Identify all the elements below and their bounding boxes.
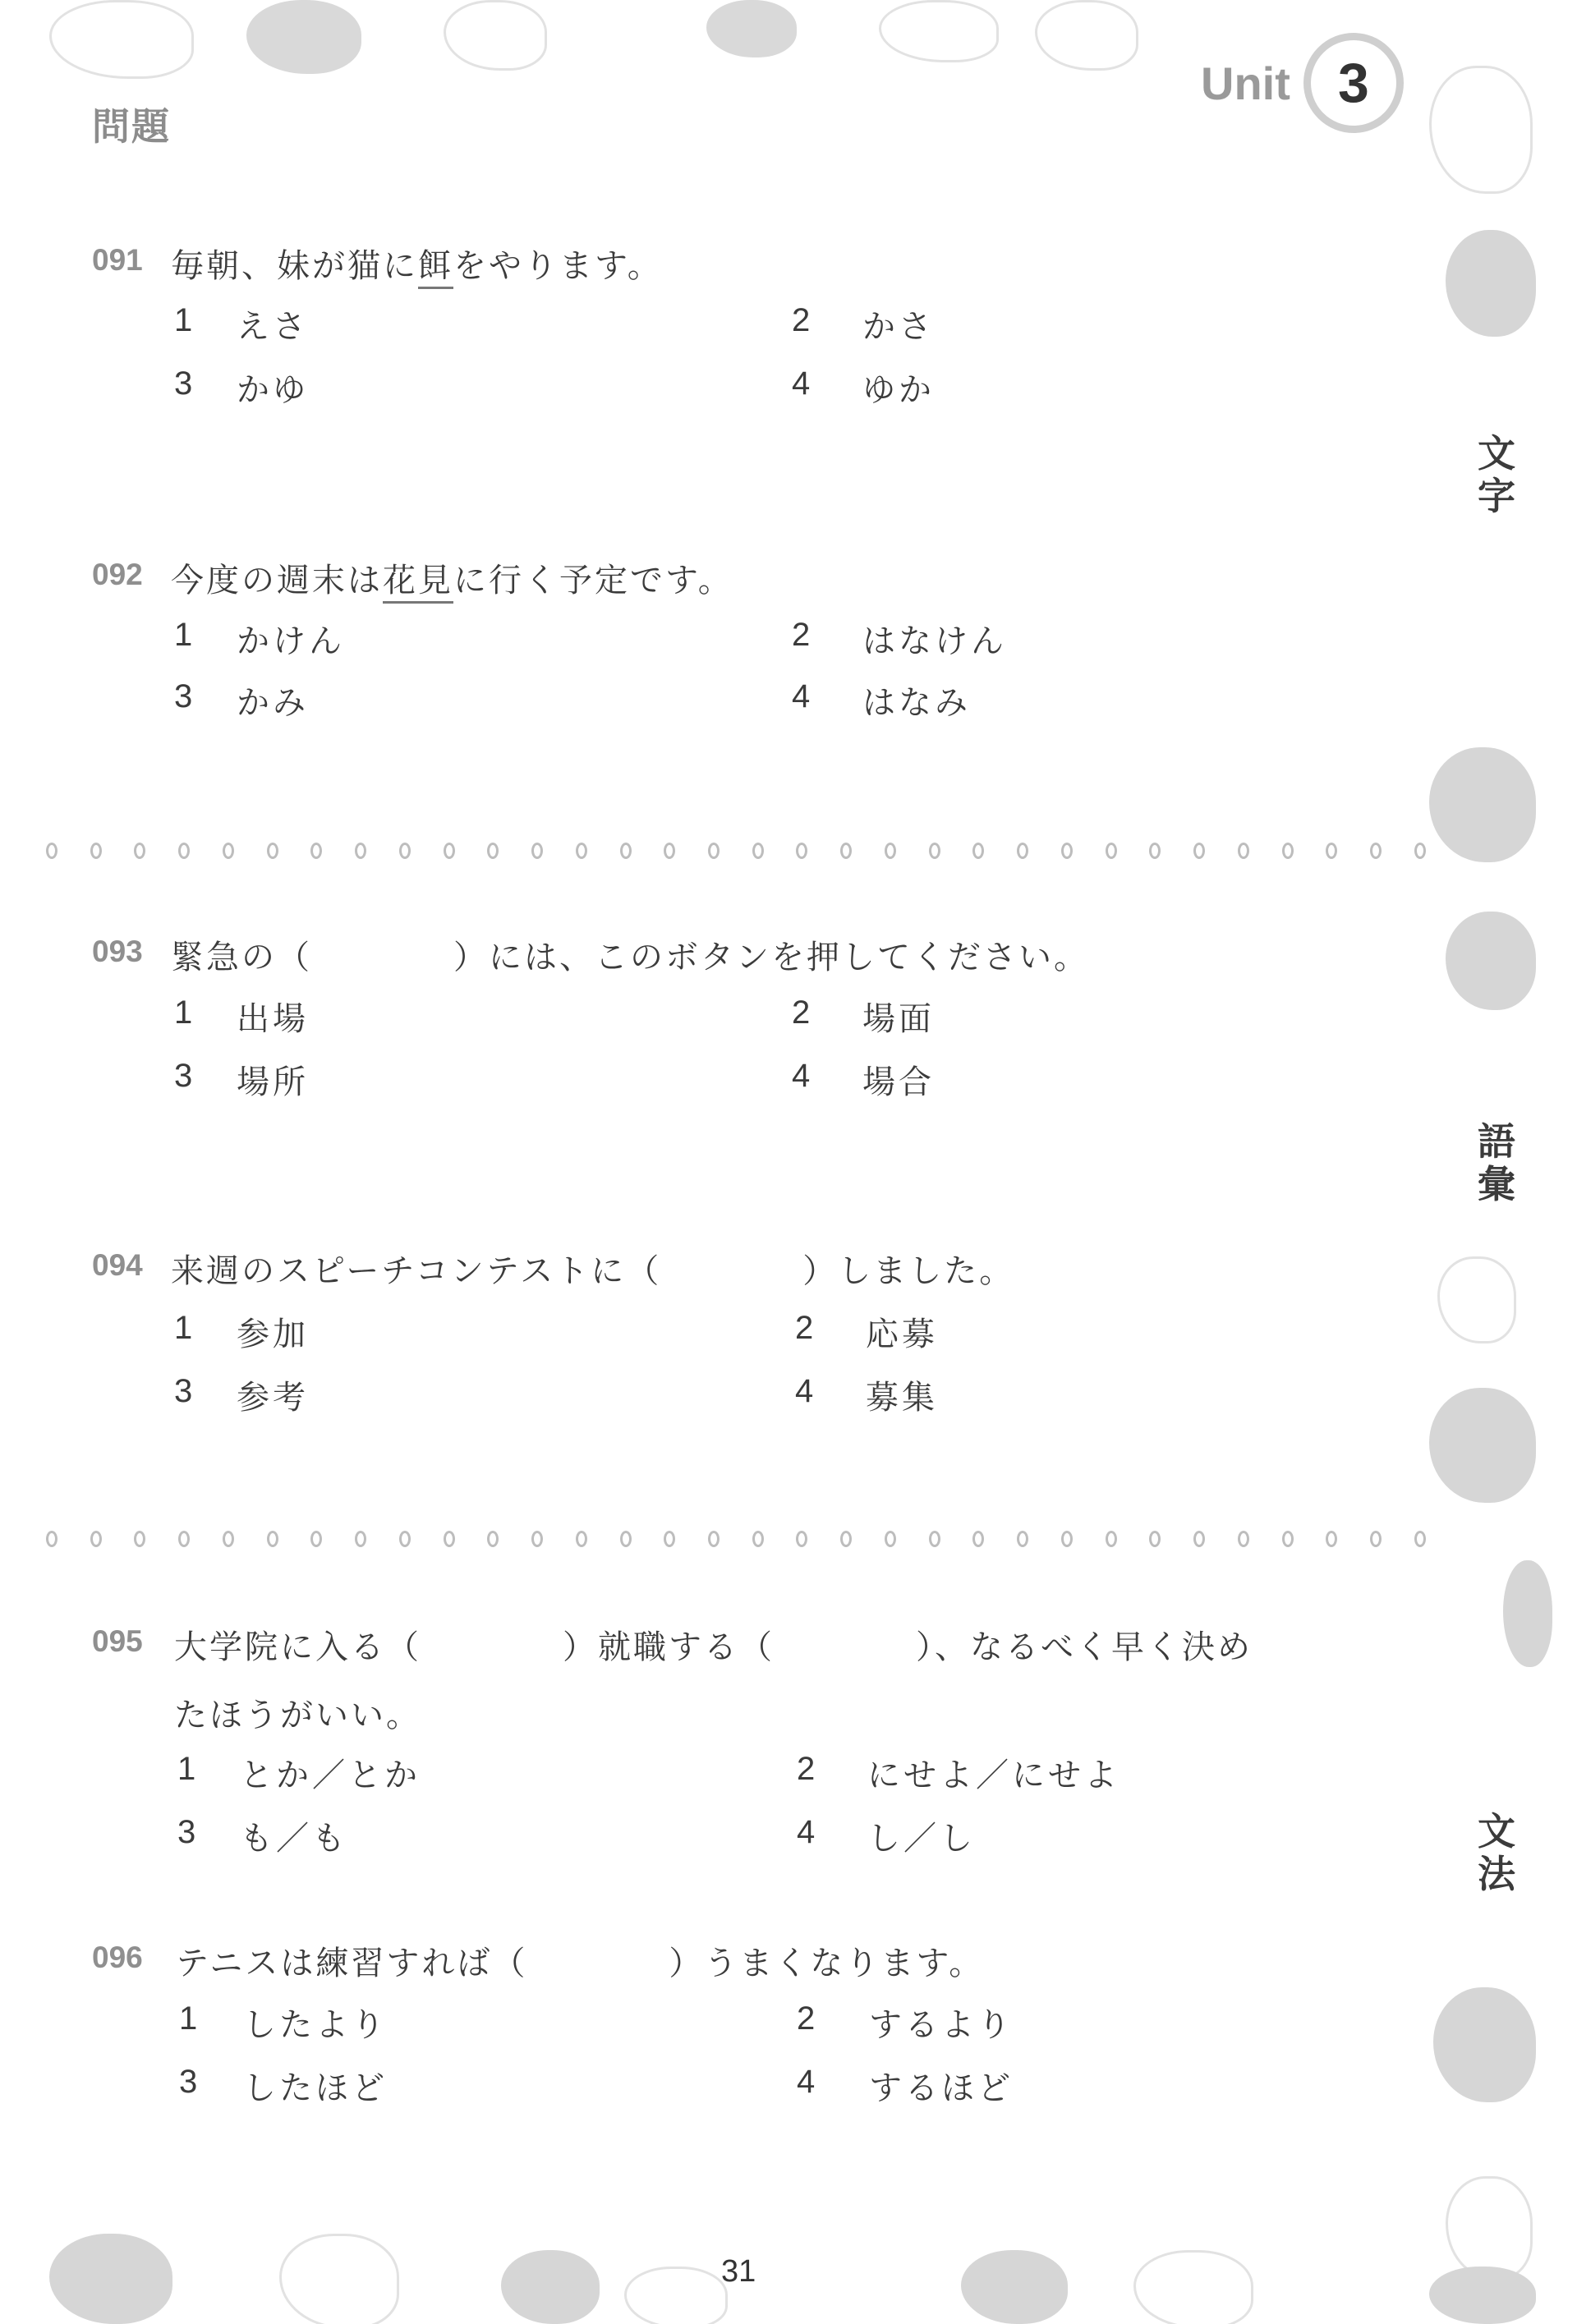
option-number: 3 <box>177 1814 195 1851</box>
dotted-separator <box>46 1529 1426 1549</box>
option-number: 1 <box>179 2000 197 2037</box>
option-text[interactable]: かみ <box>237 677 309 723</box>
option-text[interactable]: とか／とか <box>240 1749 421 1796</box>
question-text: 緊急の（ ）には、このボタンを押してください。 <box>171 931 1089 978</box>
option-text[interactable]: にせよ／にせよ <box>867 1749 1120 1796</box>
question-text-part: に行く予定です。 <box>453 562 733 599</box>
question-text: 今度の週末は花見に行く予定です。 <box>171 554 733 601</box>
option-number: 1 <box>174 994 192 1031</box>
unit-indicator: Unit 3 <box>1201 33 1404 133</box>
option-text[interactable]: 応募 <box>866 1308 938 1355</box>
option-text[interactable]: かゆ <box>237 364 309 411</box>
side-tab-label: 法 <box>1476 1853 1517 1895</box>
underlined-word: 餌 <box>418 247 453 289</box>
question-text: テニスは練習すれば（ ）うまくなります。 <box>176 1937 984 1984</box>
option-text[interactable]: 場合 <box>862 1056 935 1103</box>
option-text[interactable]: はなけん <box>862 615 1007 662</box>
option-number: 1 <box>177 1751 195 1788</box>
unit-label: Unit <box>1201 57 1290 110</box>
option-number: 4 <box>797 1814 815 1851</box>
option-text[interactable]: えさ <box>237 301 309 347</box>
option-number: 4 <box>795 1373 813 1410</box>
option-text[interactable]: し／し <box>867 1812 976 1859</box>
side-tab-label: 文 <box>1476 1810 1517 1853</box>
option-number: 1 <box>174 1310 192 1347</box>
unit-number-badge: 3 <box>1303 33 1404 133</box>
side-tab-label: 字 <box>1476 475 1517 517</box>
option-text[interactable]: するほど <box>869 2062 1014 2109</box>
option-number: 3 <box>174 1373 192 1410</box>
option-text[interactable]: したより <box>243 1999 388 2046</box>
option-number: 2 <box>797 1751 815 1788</box>
question-number: 094 <box>92 1248 143 1283</box>
option-text[interactable]: かさ <box>862 301 935 347</box>
question-number: 093 <box>92 935 143 969</box>
question-number: 096 <box>92 1940 143 1975</box>
option-number: 4 <box>792 678 810 715</box>
option-number: 1 <box>174 302 192 339</box>
option-number: 2 <box>792 617 810 654</box>
option-text[interactable]: したほど <box>243 2062 388 2109</box>
option-text[interactable]: ゆか <box>862 364 935 411</box>
option-text[interactable]: するより <box>869 1999 1014 2046</box>
side-tab-label: 文 <box>1476 432 1517 475</box>
option-text[interactable]: かけん <box>237 615 345 662</box>
question-text: 来週のスピーチコンテストに（ ）しました。 <box>171 1245 1014 1292</box>
option-text[interactable]: 参加 <box>237 1308 309 1355</box>
option-number: 4 <box>792 365 810 402</box>
side-tab-label: 語 <box>1476 1120 1517 1163</box>
option-number: 3 <box>174 678 192 715</box>
side-tab-vocabulary: 語 彙 <box>1476 1120 1517 1206</box>
question-text-part: 毎朝、妹が猫に <box>171 247 418 285</box>
question-text: 毎朝、妹が猫に餌をやります。 <box>171 240 663 287</box>
question-text-part: をやります。 <box>453 247 663 285</box>
option-text[interactable]: 出場 <box>237 993 309 1040</box>
page-number: 31 <box>721 2254 756 2290</box>
question-number: 091 <box>92 243 143 278</box>
option-text[interactable]: はなみ <box>862 677 971 723</box>
section-title: 問題 <box>92 97 171 151</box>
option-text[interactable]: 参考 <box>237 1371 309 1418</box>
underlined-word: 花見 <box>383 562 453 604</box>
side-tab-characters: 文 字 <box>1476 432 1517 517</box>
question-text-line2: たほうがいい。 <box>174 1689 421 1736</box>
question-number: 095 <box>92 1624 143 1659</box>
option-text[interactable]: 募集 <box>866 1371 938 1418</box>
dotted-separator <box>46 841 1426 861</box>
option-text[interactable]: 場面 <box>862 993 935 1040</box>
option-text[interactable]: も／も <box>240 1812 348 1859</box>
option-number: 2 <box>792 302 810 339</box>
option-number: 2 <box>795 1310 813 1347</box>
option-number: 3 <box>174 1058 192 1095</box>
option-number: 4 <box>797 2064 815 2101</box>
option-number: 2 <box>792 994 810 1031</box>
option-number: 3 <box>174 365 192 402</box>
side-tab-grammar: 文 法 <box>1476 1810 1517 1895</box>
option-number: 4 <box>792 1058 810 1095</box>
option-number: 2 <box>797 2000 815 2037</box>
question-text: 大学院に入る（ ）就職する（ ）、なるべく早く決め <box>174 1621 1253 1668</box>
question-number: 092 <box>92 558 143 592</box>
option-number: 3 <box>179 2064 197 2101</box>
option-text[interactable]: 場所 <box>237 1056 309 1103</box>
side-tab-label: 彙 <box>1476 1163 1517 1206</box>
option-number: 1 <box>174 617 192 654</box>
question-text-part: 今度の週末は <box>171 562 383 599</box>
